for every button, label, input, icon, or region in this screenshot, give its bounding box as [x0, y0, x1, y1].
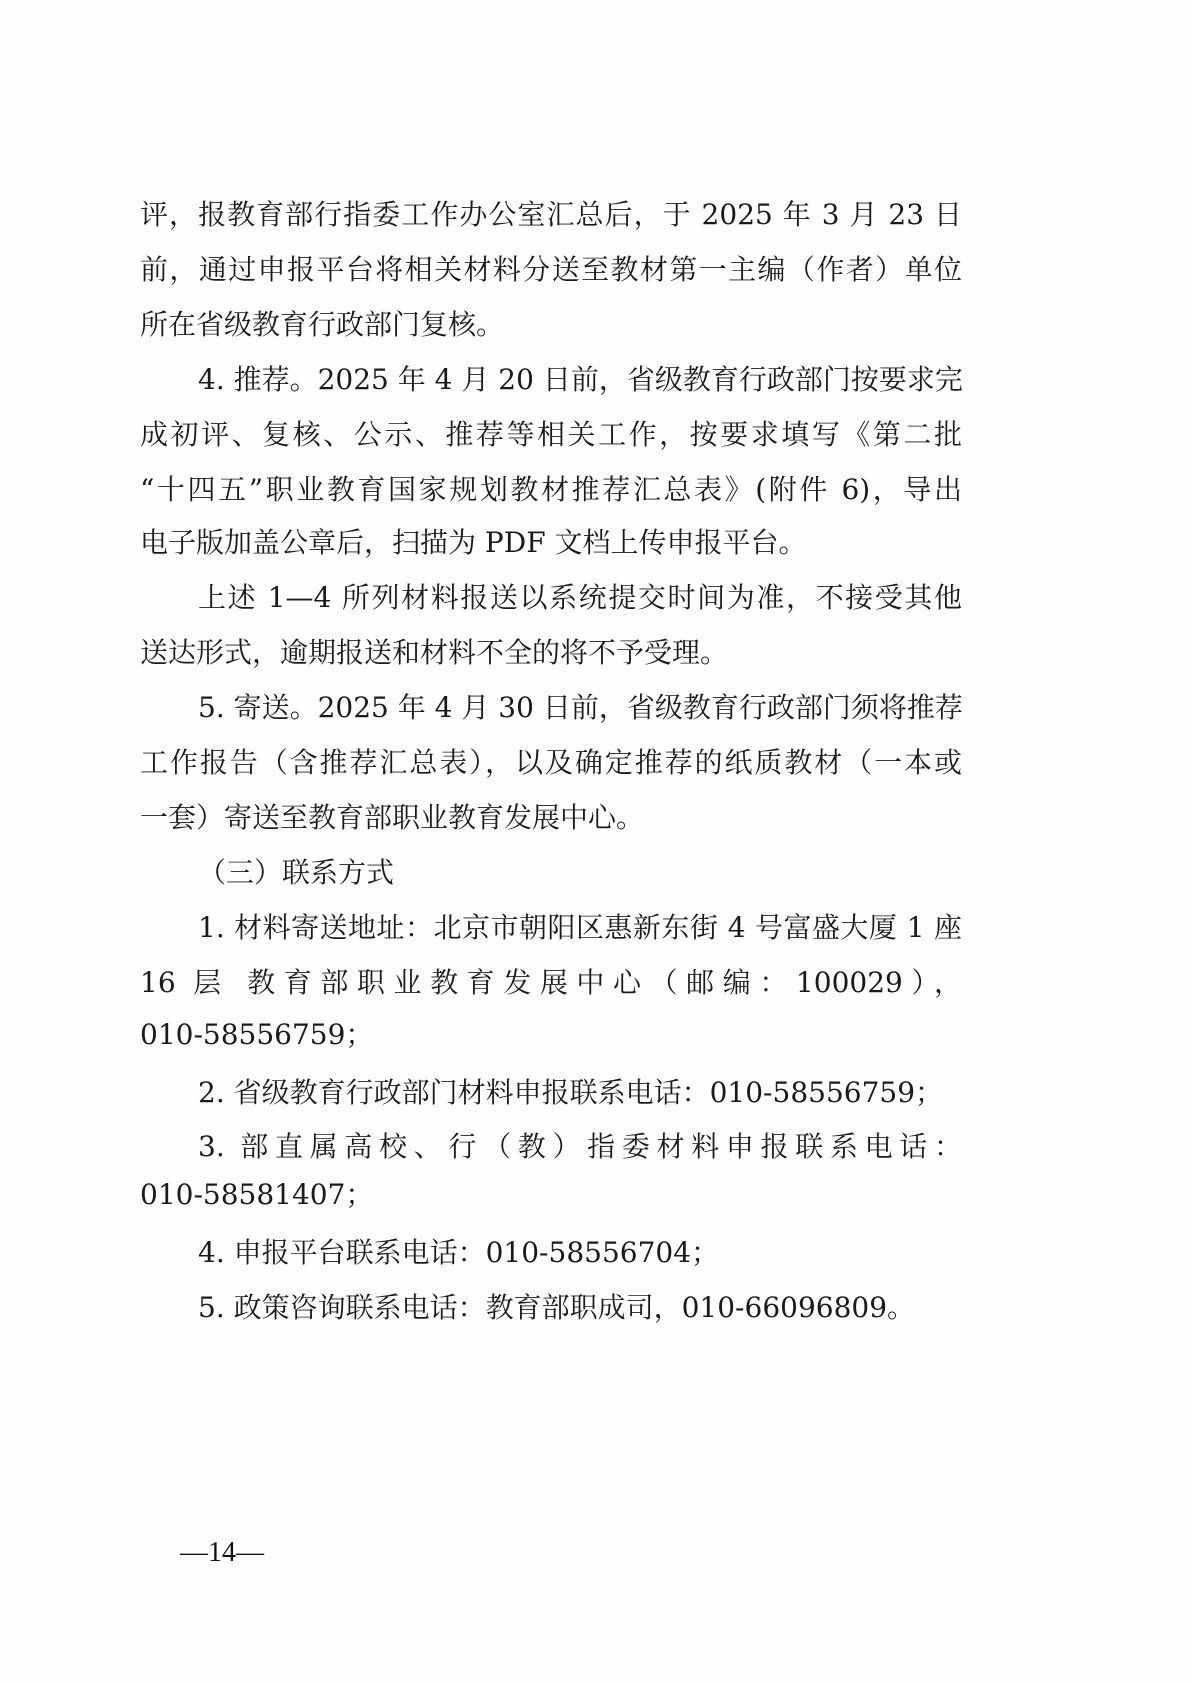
paragraph-line-12: 一套）寄送至教育部职业教育发展中心。 — [140, 798, 962, 838]
paragraph-line-7: 电子版加盖公章后，扫描为 PDF 文档上传申报平台。 — [140, 523, 962, 563]
paragraph-line-20: 4. 申报平台联系电话：010-58556704； — [198, 1233, 962, 1273]
paragraph-line-9: 送达形式，逾期报送和材料不全的将不予受理。 — [140, 633, 962, 673]
paragraph-line-1: 评，报教育部行指委工作办公室汇总后，于 2025 年 3 月 23 日 — [140, 195, 962, 235]
paragraph-line-21: 5. 政策咨询联系电话：教育部职成司，010-66096809。 — [198, 1288, 962, 1328]
paragraph-line-2: 前，通过申报平台将相关材料分送至教材第一主编（作者）单位 — [140, 250, 962, 290]
paragraph-line-17: 2. 省级教育行政部门材料申报联系电话：010-58556759； — [198, 1073, 962, 1113]
paragraph-line-6: “十四五”职业教育国家规划教材推荐汇总表》(附件 6)，导出 — [140, 470, 962, 510]
paragraph-line-11: 工作报告（含推荐汇总表），以及确定推荐的纸质教材（一本或 — [140, 743, 962, 783]
paragraph-line-14: 1. 材料寄送地址：北京市朝阳区惠新东街 4 号富盛大厦 1 座 — [198, 908, 962, 948]
paragraph-line-15: 16 层 教育部职业教育发展中心（邮编：100029）， — [140, 963, 962, 1003]
paragraph-line-16: 010-58556759； — [140, 1015, 962, 1055]
paragraph-line-10: 5. 寄送。2025 年 4 月 30 日前，省级教育行政部门须将推荐 — [198, 688, 962, 728]
paragraph-line-8: 上述 1—4 所列材料报送以系统提交时间为准，不接受其他 — [198, 578, 962, 618]
paragraph-line-19: 010-58581407； — [140, 1175, 962, 1215]
paragraph-line-3: 所在省级教育行政部门复核。 — [140, 305, 962, 345]
paragraph-line-5: 成初评、复核、公示、推荐等相关工作，按要求填写《第二批 — [140, 415, 962, 455]
document-page: 评，报教育部行指委工作办公室汇总后，于 2025 年 3 月 23 日 前，通过… — [0, 0, 1191, 1684]
page-number: —14— — [180, 1535, 264, 1571]
paragraph-line-4: 4. 推荐。2025 年 4 月 20 日前，省级教育行政部门按要求完 — [198, 360, 962, 400]
paragraph-line-18: 3. 部直属高校、行（教）指委材料申报联系电话： — [198, 1127, 962, 1167]
section-heading-contact: （三）联系方式 — [198, 853, 962, 893]
